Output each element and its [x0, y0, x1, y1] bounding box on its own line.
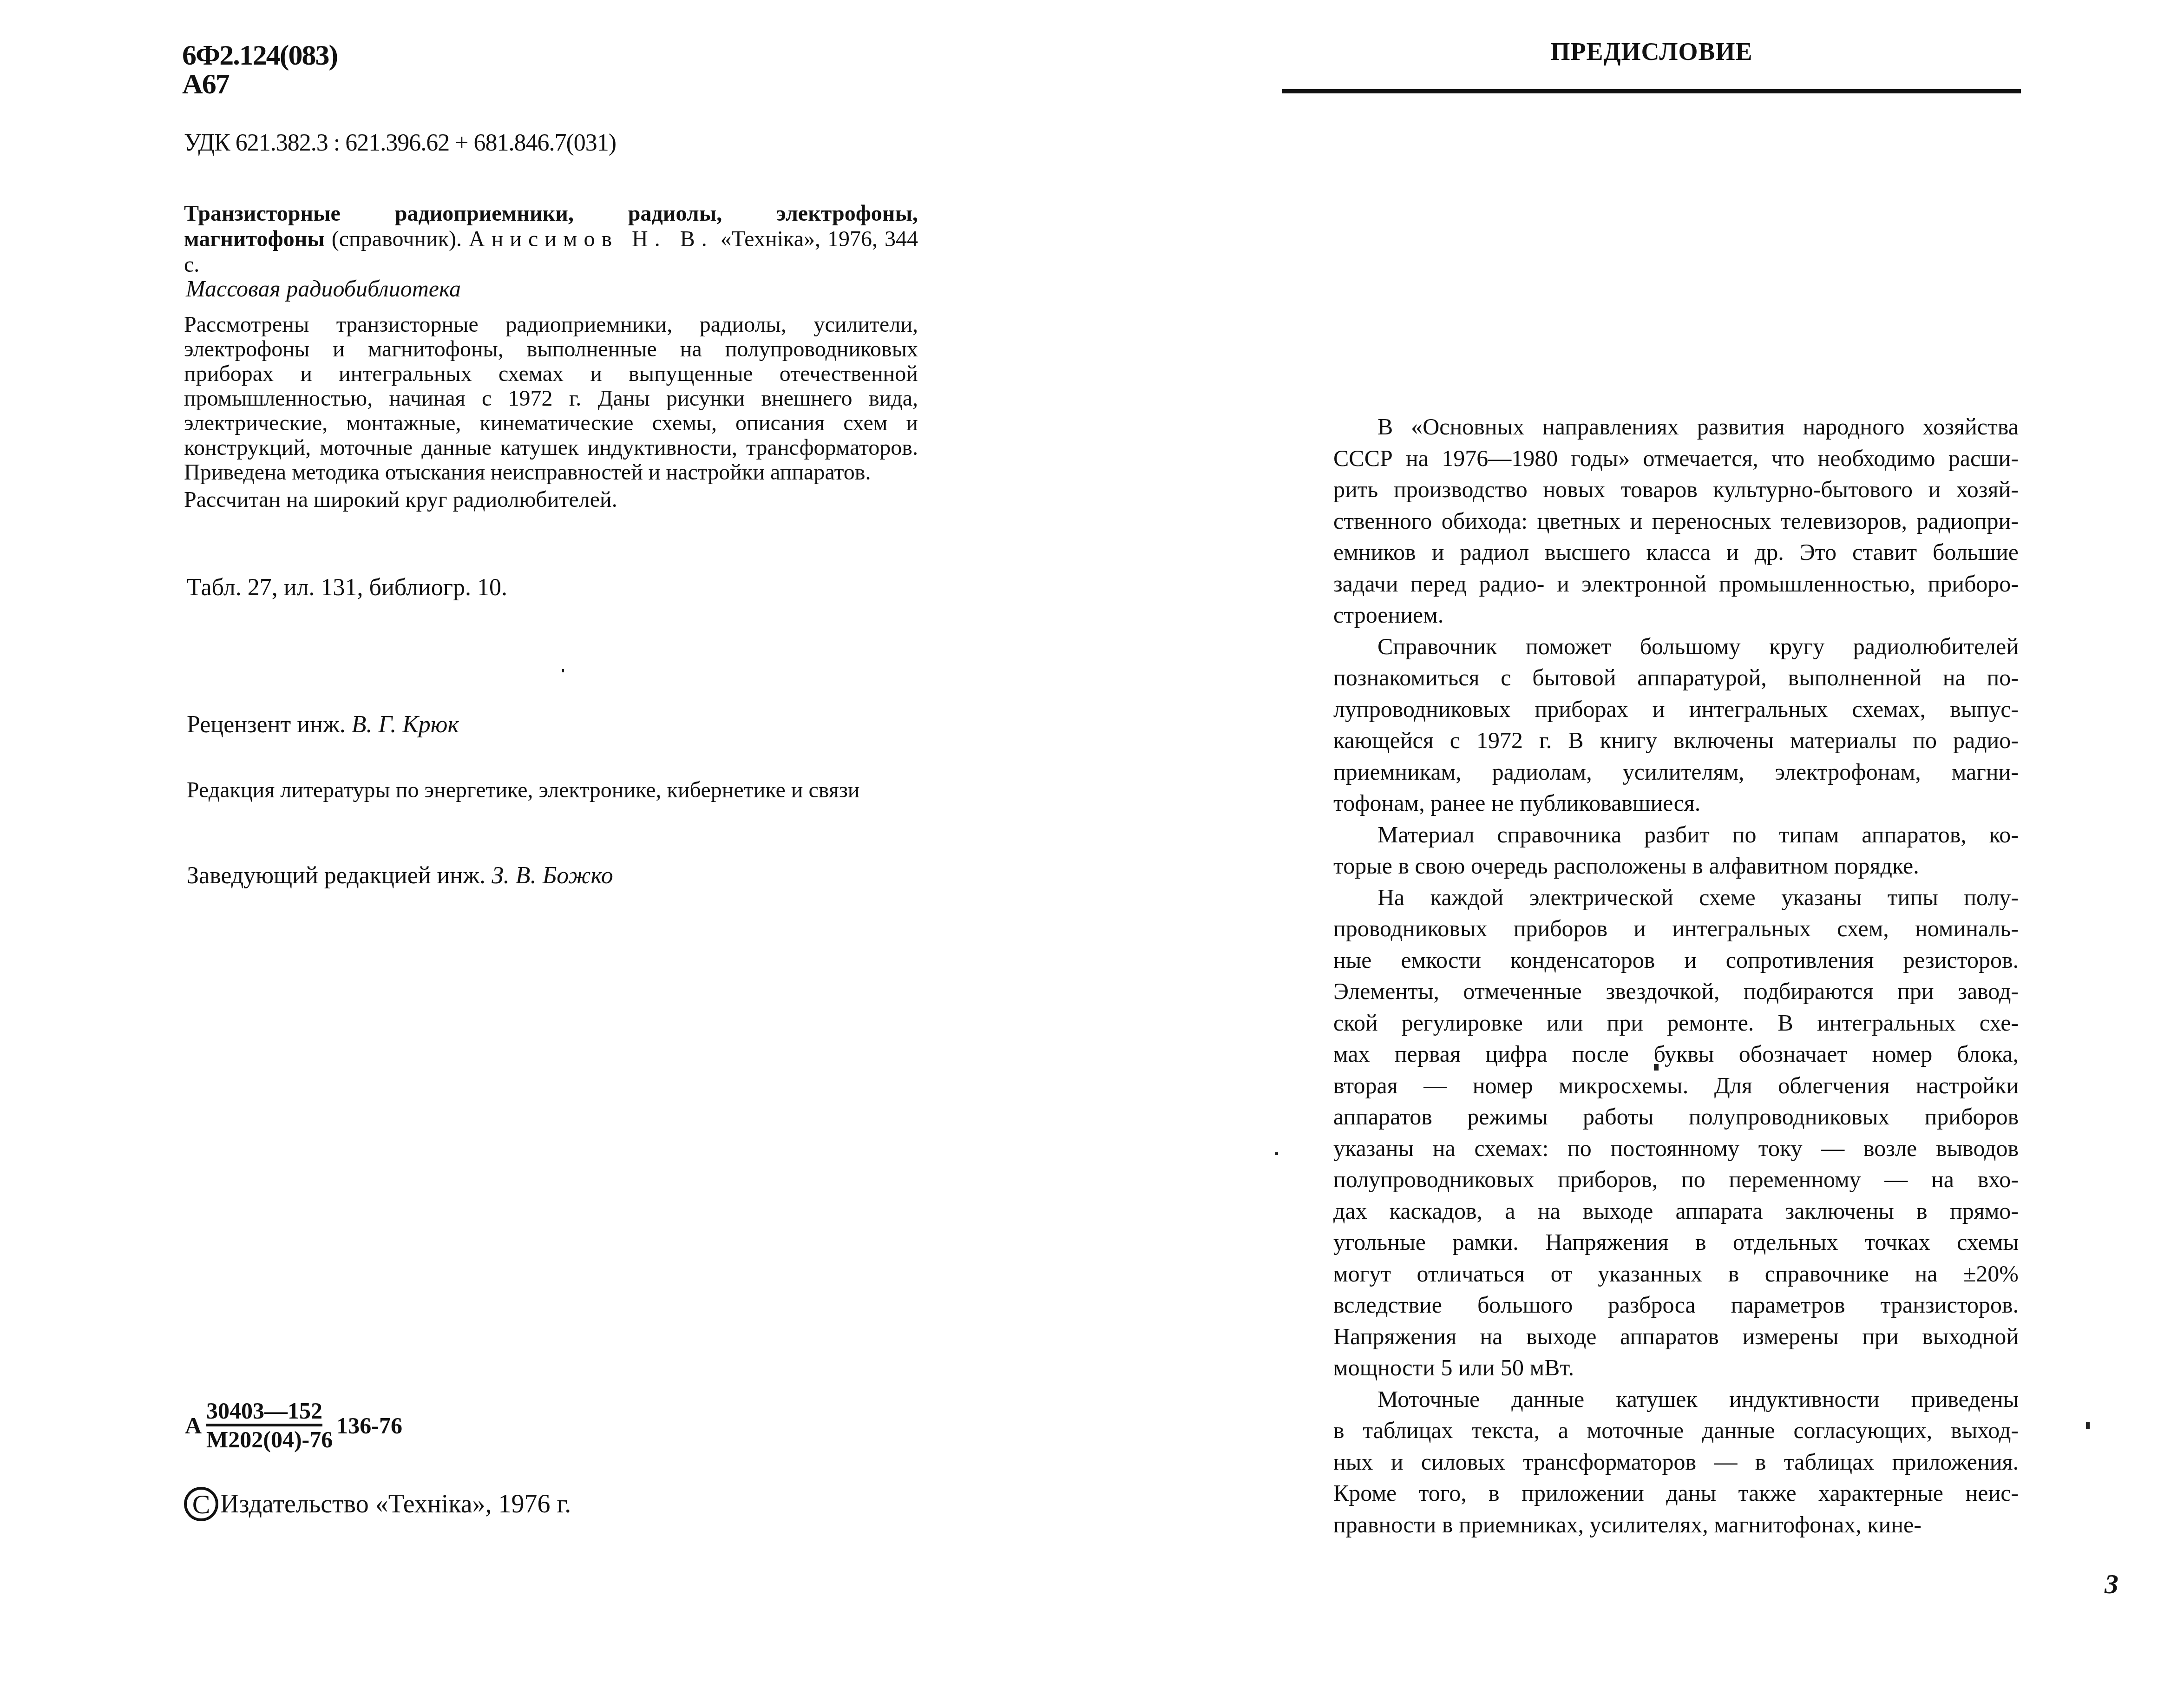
text-line: правности в приемниках, усилителях, магн… — [1289, 1509, 2019, 1541]
catalog-prefix: А — [185, 1412, 202, 1439]
text-line: Элементы, отмеченные звездочкой, подбира… — [1289, 976, 2019, 1007]
text-line: торые в свою очередь расположены в алфав… — [1289, 850, 2019, 882]
text-line: Материал справочника разбит по типам апп… — [1289, 819, 2019, 851]
text-line: ные емкости конденсаторов и сопротивлени… — [1289, 945, 2019, 976]
text-line: строением. — [1289, 599, 2019, 631]
abstract-audience: Рассчитан на широкий круг радиолюбителей… — [184, 487, 918, 512]
page-number: 3 — [2105, 1568, 2118, 1600]
series-name: Массовая радиобиблиотека — [186, 275, 461, 302]
tables-info: Табл. 27, ил. 131, библиогр. 10. — [187, 574, 507, 601]
manager-name: З. В. Божко — [492, 862, 613, 889]
text-line: Кроме того, в приложении даны также хара… — [1289, 1478, 2019, 1509]
author-mark: А67 — [182, 70, 337, 99]
text-line: мощности 5 или 50 мВт. — [1289, 1352, 2019, 1384]
text-line: СССР на 1976—1980 годы» отмечается, что … — [1289, 443, 2019, 474]
reviewer-name: В. Г. Крюк — [352, 711, 459, 738]
catalog-denominator: М202(04)-76 — [206, 1426, 333, 1452]
scan-speck — [2086, 1422, 2090, 1429]
scan-speck — [1275, 1152, 1278, 1155]
text-line: ственного обихода: цветных и переносных … — [1289, 506, 2019, 537]
text-line: проводниковых приборов и интегральных сх… — [1289, 913, 2019, 945]
abstract-paragraph: Рассмотрены транзисторные радиоприемники… — [184, 312, 918, 485]
editorial-office: Редакция литературы по энергетике, элект… — [187, 778, 921, 802]
manager-label: Заведующий редакцией инж. — [187, 862, 492, 889]
editorial-manager: Заведующий редакцией инж. З. В. Божко — [187, 862, 613, 889]
text-line: ных и силовых трансформаторов — в таблиц… — [1289, 1446, 2019, 1478]
book-type: (справочник). — [325, 227, 469, 251]
text-line: В «Основных направлениях развития народн… — [1289, 411, 2019, 443]
text-line: задачи перед радио- и электронной промыш… — [1289, 568, 2019, 600]
page-title: ПРЕДИСЛОВИЕ — [1282, 37, 2021, 66]
text-line: полупроводниковых приборов, по переменно… — [1289, 1164, 2019, 1196]
text-line: познакомиться с бытовой аппаратурой, вып… — [1289, 662, 2019, 694]
text-line: аппаратов режимы работы полупроводниковы… — [1289, 1101, 2019, 1133]
text-line: вследствие большого разброса параметров … — [1289, 1289, 2019, 1321]
text-line: кающейся с 1972 г. В книгу включены мате… — [1289, 725, 2019, 756]
text-line: Моточные данные катушек индуктивности пр… — [1289, 1384, 2019, 1415]
catalog-index: А 30403—152 М202(04)-76 136-76 — [185, 1399, 402, 1452]
book-author: Анисимов Н. В. — [469, 227, 714, 251]
text-line: вторая — номер микросхемы. Для облегчени… — [1289, 1070, 2019, 1102]
text-line: рить производство новых товаров культурн… — [1289, 474, 2019, 506]
reviewer-label: Рецензент инж. — [187, 711, 352, 738]
scan-speck — [562, 669, 564, 672]
preface-paragraph: В «Основных направлениях развития народн… — [1289, 411, 2019, 631]
text-line: приемникам, радиолам, усилителям, электр… — [1289, 756, 2019, 788]
copyright-text: Издательство «Техніка», 1976 г. — [220, 1489, 571, 1519]
text-line: указаны на схемах: по постоянному току —… — [1289, 1133, 2019, 1164]
bibliographic-entry: Транзисторные радиоприемники, радиолы, э… — [184, 201, 918, 277]
classification-codes: 6Ф2.124(083) А67 — [182, 41, 337, 99]
catalog-numerator: 30403—152 — [206, 1399, 322, 1426]
copyright-line: C Издательство «Техніка», 1976 г. — [184, 1487, 571, 1521]
udk-index: УДК 621.382.3 : 621.396.62 + 681.846.7(0… — [184, 129, 616, 157]
copyright-icon: C — [184, 1487, 218, 1521]
abstract: Рассмотрены транзисторные радиоприемники… — [184, 312, 918, 512]
scan-speck — [1654, 1064, 1659, 1071]
preface-paragraph: На каждой электрической схеме указаны ти… — [1289, 882, 2019, 1384]
text-line: лупроводниковых приборах и интегральных … — [1289, 694, 2019, 725]
text-line: ской регулировке или при ремонте. В инте… — [1289, 1007, 2019, 1039]
preface-paragraph: Справочник поможет большому кругу радиол… — [1289, 631, 2019, 819]
text-line: Напряжения на выходе аппаратов измерены … — [1289, 1321, 2019, 1353]
text-line: угольные рамки. Напряжения в отдельных т… — [1289, 1227, 2019, 1258]
text-line: Справочник поможет большому кругу радиол… — [1289, 631, 2019, 663]
catalog-fraction: 30403—152 М202(04)-76 — [206, 1399, 333, 1452]
catalog-suffix: 136-76 — [336, 1412, 402, 1439]
text-line: На каждой электрической схеме указаны ти… — [1289, 882, 2019, 913]
reviewer: Рецензент инж. В. Г. Крюк — [187, 711, 459, 738]
bbk-code: 6Ф2.124(083) — [182, 41, 337, 70]
preface-paragraph: Материал справочника разбит по типам апп… — [1289, 819, 2019, 882]
text-line: дах каскадов, а на выходе аппарата заклю… — [1289, 1196, 2019, 1227]
text-line: могут отличаться от указанных в справочн… — [1289, 1258, 2019, 1290]
preface-body: В «Основных направлениях развития народн… — [1289, 411, 2019, 1540]
text-line: емников и радиол высшего класса и др. Эт… — [1289, 537, 2019, 568]
preface-paragraph: Моточные данные катушек индуктивности пр… — [1289, 1384, 2019, 1541]
text-line: в таблицах текста, а моточные данные сог… — [1289, 1415, 2019, 1446]
text-line: тофонам, ранее не публиковавшиеся. — [1289, 788, 2019, 819]
heading-rule — [1282, 89, 2021, 93]
